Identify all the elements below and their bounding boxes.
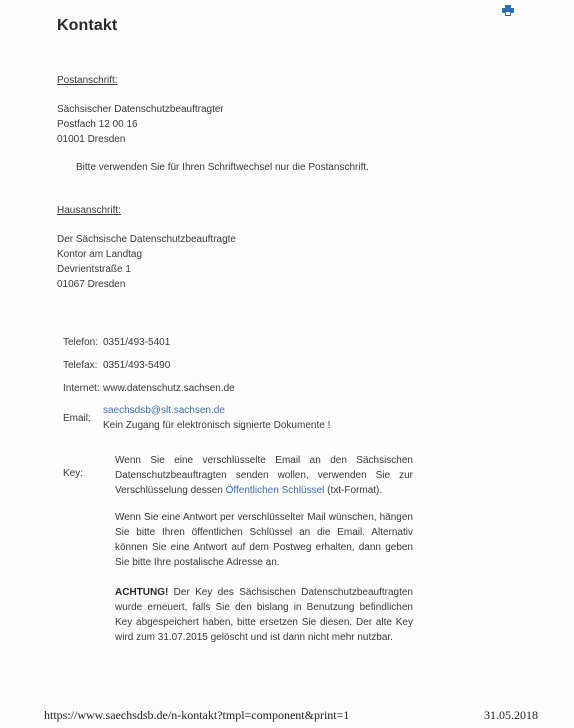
key-para1-prefix: Verschlüsselung dessen	[115, 485, 226, 496]
telefax-label: Telefax:	[63, 360, 97, 371]
key-para1-line2: Datenschutzbeauftragten senden wollen, v…	[115, 468, 413, 483]
hausanschrift-address: Der Sächsische Datenschutzbeauftragte Ko…	[57, 232, 236, 292]
key-label: Key:	[63, 468, 83, 479]
footer-url: https://www.saechsdsb.de/n-kontakt?tmpl=…	[44, 708, 349, 723]
public-key-link[interactable]: Öffentlichen Schlüssel	[226, 485, 325, 496]
email-note: Kein Zugang für elektronisch signierte D…	[103, 420, 330, 431]
telefax-value: 0351/493-5490	[103, 360, 170, 371]
key-paragraph-1: Wenn Sie eine verschlüsselte Email an de…	[115, 453, 413, 498]
footer-date: 31.05.2018	[484, 708, 538, 723]
key-para1-suffix: (txt-Format).	[324, 485, 382, 496]
hausanschrift-heading: Hausanschrift:	[57, 205, 121, 216]
address-line: Der Sächsische Datenschutzbeauftragte	[57, 232, 236, 247]
postanschrift-address: Sächsischer Datenschutzbeauftragter Post…	[57, 102, 224, 147]
address-line: Kontor am Landtag	[57, 247, 236, 262]
address-line: Sächsischer Datenschutzbeauftragter	[57, 102, 224, 117]
key-para1-line1: Wenn Sie eine verschlüsselte Email an de…	[115, 453, 413, 468]
internet-link[interactable]: www.datenschutz.sachsen.de	[103, 383, 235, 394]
achtung-paragraph: ACHTUNG! Der Key des Sächsischen Datensc…	[115, 585, 413, 645]
address-line: 01067 Dresden	[57, 277, 236, 292]
telefon-label: Telefon:	[63, 337, 98, 348]
internet-label: Internet:	[63, 383, 100, 394]
address-line: Postfach 12 00 16	[57, 117, 224, 132]
achtung-label: ACHTUNG!	[115, 587, 168, 598]
address-line: Devrientstraße 1	[57, 262, 236, 277]
postanschrift-note: Bitte verwenden Sie für Ihren Schriftwec…	[76, 160, 369, 175]
key-para1-line3: Verschlüsselung dessen Öffentlichen Schl…	[115, 483, 413, 498]
page-title: Kontakt	[57, 17, 117, 35]
address-line: 01001 Dresden	[57, 132, 224, 147]
key-paragraph-2: Wenn Sie eine Antwort per verschlüsselte…	[115, 510, 413, 570]
email-label: Email:	[63, 413, 91, 424]
print-icon[interactable]	[502, 5, 514, 16]
postanschrift-heading: Postanschrift:	[57, 75, 118, 86]
email-link[interactable]: saechsdsb@slt.sachsen.de	[103, 405, 225, 416]
telefon-value: 0351/493-5401	[103, 337, 170, 348]
